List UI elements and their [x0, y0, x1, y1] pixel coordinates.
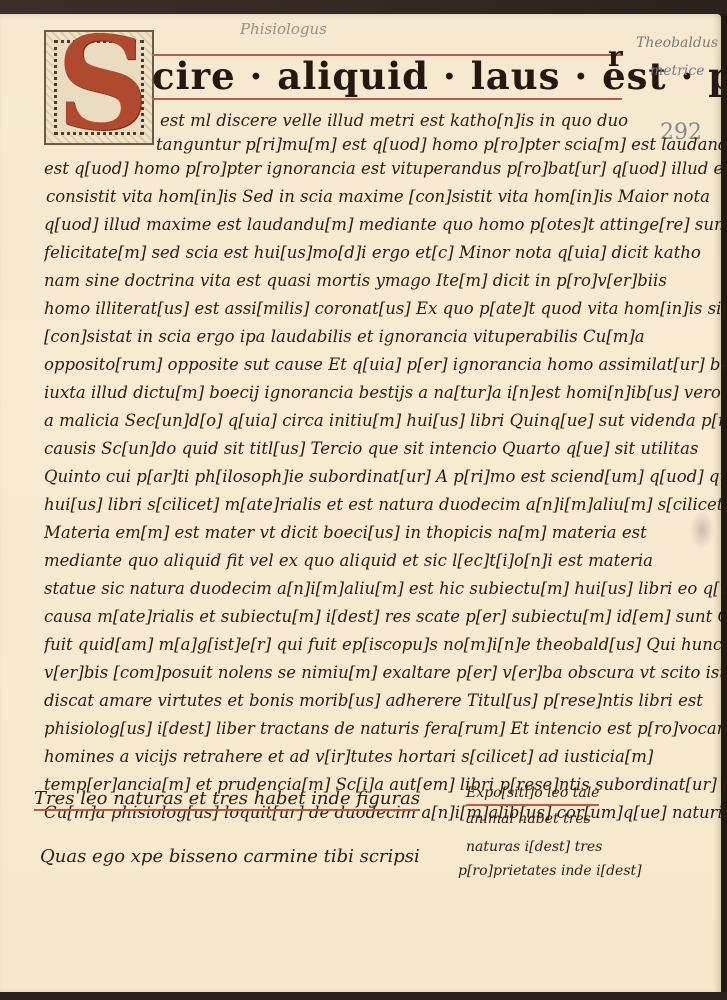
text-line: causis Sc[un]do quid sit titl[us] Tercio…: [44, 436, 698, 462]
text-line: phisiolog[us] i[dest] liber tractans de …: [44, 716, 727, 742]
gloss-line: Expo[siti]o leo tale: [466, 782, 599, 806]
text-line: statue sic natura duodecim a[n]i[m]aliu[…: [44, 576, 727, 602]
text-line: causa m[ate]rialis et subiectu[m] i[dest…: [44, 604, 727, 630]
gloss-line: p[ro]prietates inde i[dest]: [458, 860, 642, 882]
verse-line-1: Tres leo naturas et tres habet inde figu…: [34, 788, 420, 811]
text-line: nam sine doctrina vita est quasi mortis …: [44, 268, 667, 294]
text-line: homo illiterat[us] est assi[milis] coron…: [44, 296, 727, 322]
top-annotation: Phisiologus: [240, 20, 327, 38]
gloss-line: animal habet tres: [466, 808, 591, 830]
text-line: mediante quo aliquid fit vel ex quo aliq…: [44, 548, 653, 574]
text-line: opposito[rum] opposite sut cause Et q[ui…: [44, 352, 727, 378]
incipit-heading-tail: r: [608, 40, 623, 73]
text-line: [con]sistat in scia ergo ipa laudabilis …: [44, 324, 645, 350]
text-line: est ml discere velle illud metri est kat…: [160, 108, 628, 134]
illuminated-initial: S: [44, 30, 154, 145]
text-line: a malicia Sec[un]d[o] q[uia] circa initi…: [44, 408, 727, 434]
gloss-line: naturas i[dest] tres: [466, 836, 602, 858]
text-line: Materia em[m] est mater vt dicit boeci[u…: [44, 520, 647, 546]
text-line: homines a vicijs retrahere et ad v[ir]tu…: [44, 744, 653, 770]
text-line: v[er]bis [com]posuit nolens se nimiu[m] …: [44, 660, 727, 686]
margin-note-metrice: metrice: [650, 62, 704, 80]
text-line: tanguntur p[ri]mu[m] est q[uod] homo p[r…: [156, 132, 727, 158]
text-line: Quinto cui p[ar]ti ph[ilosoph]ie subordi…: [44, 464, 727, 490]
text-line: felicitate[m] sed scia est hui[us]mo[d]i…: [44, 240, 701, 266]
initial-letter: S: [56, 20, 148, 148]
scan-background-bottom: [0, 992, 727, 1000]
text-line: discat amare virtutes et bonis morib[us]…: [44, 688, 703, 714]
incipit-heading: cire · aliquid · laus · est · pudo: [152, 54, 622, 100]
parchment-stain: [690, 510, 714, 550]
text-line: hui[us] libri s[cilicet] m[ate]rialis et…: [44, 492, 727, 518]
margin-note-author: Theobaldus: [636, 34, 718, 52]
text-line: fuit quid[am] m[a]g[ist]e[r] qui fuit ep…: [44, 632, 727, 658]
verse-line-2: Quas ego xpe bisseno carmine tibi scrips…: [40, 846, 420, 867]
text-line: q[uod] illud maxime est laudandu[m] medi…: [44, 212, 727, 238]
text-line: iuxta illud dictu[m] boecij ignorancia b…: [44, 380, 721, 406]
text-line: est q[uod] homo p[ro]pter ignorancia est…: [44, 156, 727, 182]
text-line: consistit vita hom[in]is Sed in scia max…: [46, 184, 710, 210]
